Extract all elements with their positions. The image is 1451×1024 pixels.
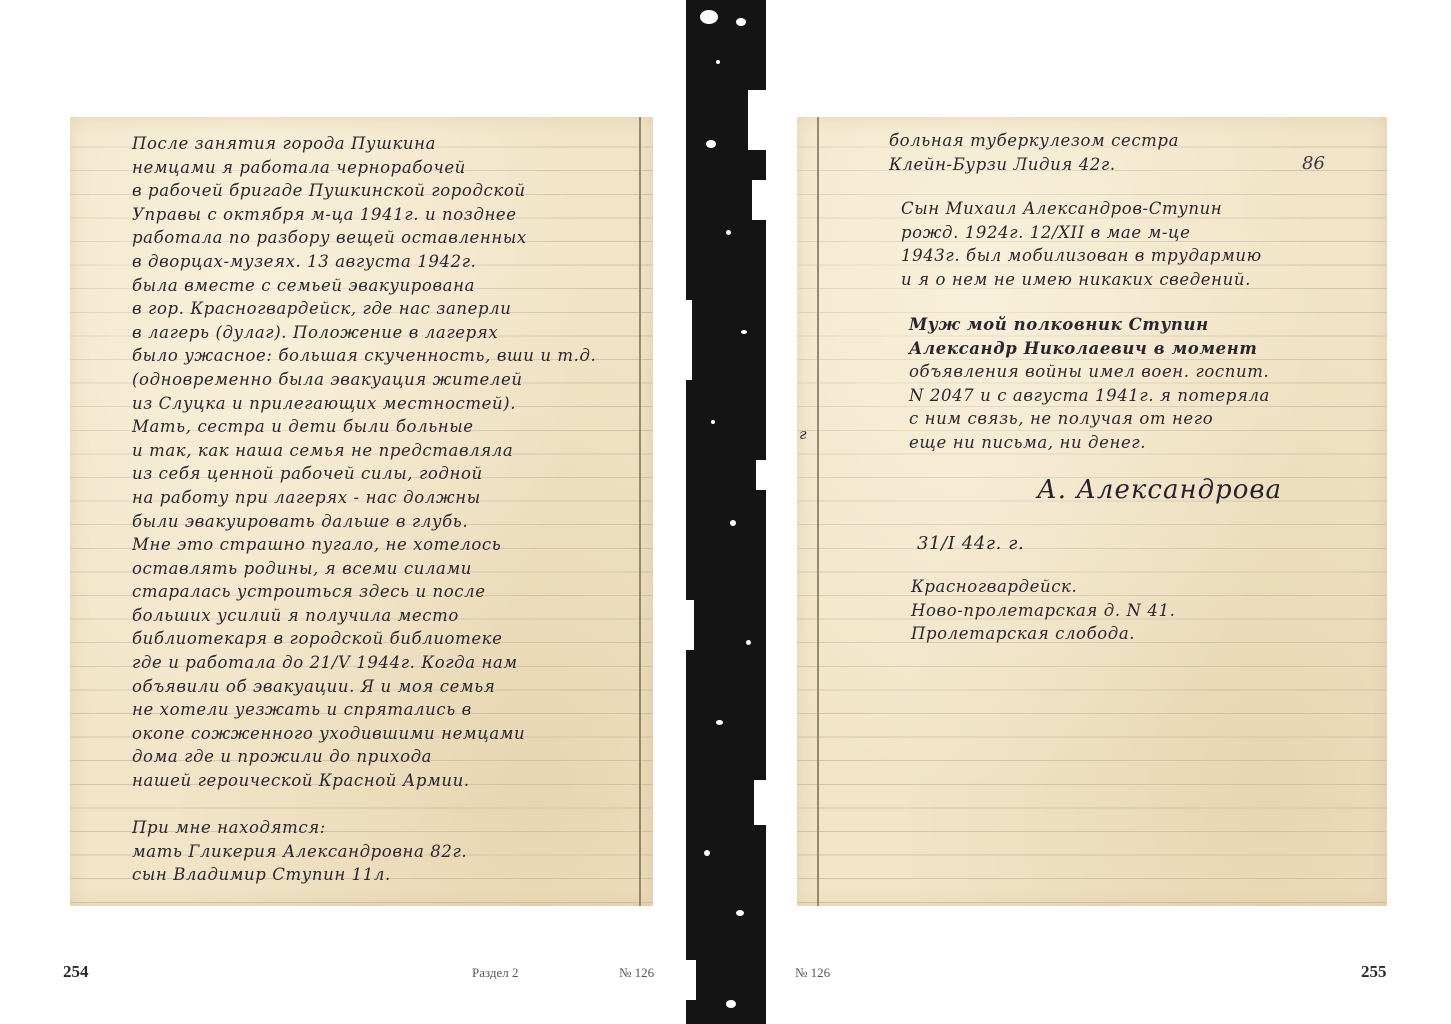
manuscript-line: Мне это страшно пугало, не хотелось <box>132 533 596 557</box>
manuscript-line: оставлять родины, я всеми силами <box>132 557 596 581</box>
document-date: 31/I 44г. г. <box>917 532 1024 556</box>
document-number-left: № 126 <box>619 965 654 981</box>
paragraph-son: Сын Михаил Александров-Ступин рожд. 1924… <box>901 197 1262 291</box>
manuscript-line: 1943г. был мобилизован в трудармию <box>901 244 1262 268</box>
manuscript-line: где и работала до 21/V 1944г. Когда нам <box>132 651 596 675</box>
margin-mark: г <box>799 425 807 443</box>
manuscript-line: объявления войны имел воен. госпит. <box>909 360 1270 384</box>
paragraph-husband: Муж мой полковник Ступин Александр Никол… <box>909 313 1270 455</box>
manuscript-line: окопе сожженного уходившими немцами <box>132 722 596 746</box>
manuscript-line: еще ни письма, ни денег. <box>909 431 1270 455</box>
manuscript-line: сын Владимир Ступин 11л. <box>132 863 596 887</box>
manuscript-line: в рабочей бригаде Пушкинской городской <box>132 179 596 203</box>
manuscript-line: (одновременно была эвакуация жителей <box>132 368 596 392</box>
manuscript-line: было ужасное: большая скученность, вши и… <box>132 344 596 368</box>
author-signature: А. Александрова <box>1037 475 1282 505</box>
manuscript-line: немцами я работала чернорабочей <box>132 156 596 180</box>
author-address: Красногвардейск. Ново-пролетарская д. N … <box>911 575 1175 646</box>
manuscript-line: При мне находятся: <box>132 816 596 840</box>
manuscript-line: После занятия города Пушкина <box>132 132 596 156</box>
manuscript-line: Мать, сестра и дети были больные <box>132 415 596 439</box>
document-number-right: № 126 <box>795 965 830 981</box>
address-line: Пролетарская слобода. <box>911 622 1175 646</box>
page-number-right: 255 <box>1361 962 1387 982</box>
manuscript-line: мать Гликерия Александровна 82г. <box>132 840 596 864</box>
manuscript-line: больших усилий я получила место <box>132 604 596 628</box>
address-line: Красногвардейск. <box>911 575 1175 599</box>
manuscript-line: и я о нем не имею никаких сведений. <box>901 268 1262 292</box>
manuscript-line: Александр Николаевич в момент <box>909 337 1270 361</box>
manuscript-line: были эвакуировать дальше в глубь. <box>132 510 596 534</box>
manuscript-line: рожд. 1924г. 12/XII в мае м-це <box>901 221 1262 245</box>
running-footer-section: Раздел 2 <box>472 965 519 981</box>
manuscript-line: на работу при лагерях - нас должны <box>132 486 596 510</box>
manuscript-line: из Слуцка и прилегающих местностей). <box>132 392 596 416</box>
manuscript-line: из себя ценной рабочей силы, годной <box>132 462 596 486</box>
manuscript-line: объявили об эвакуации. Я и моя семья <box>132 675 596 699</box>
archive-sheet-number: 86 <box>1302 153 1325 174</box>
manuscript-line: и так, как наша семья не представляла <box>132 439 596 463</box>
manuscript-line: Клейн-Бурзи Лидия 42г. <box>889 153 1179 177</box>
manuscript-line: Управы с октября м-ца 1941г. и позднее <box>132 203 596 227</box>
left-manuscript-sheet: После занятия города Пушкина немцами я р… <box>70 117 653 906</box>
right-manuscript-sheet: г 86 больная туберкулезом сестра Клейн-Б… <box>797 117 1387 906</box>
page-number-left: 254 <box>63 962 89 982</box>
paragraph-sister: больная туберкулезом сестра Клейн-Бурзи … <box>889 129 1179 176</box>
manuscript-line: не хотели уезжать и спрятались в <box>132 698 596 722</box>
margin-rule <box>639 117 641 906</box>
manuscript-line: Муж мой полковник Ступин <box>909 313 1270 337</box>
manuscript-line: была вместе с семьей эвакуирована <box>132 274 596 298</box>
grunge-divider-band <box>686 0 766 1024</box>
manuscript-line: дома где и прожили до прихода <box>132 745 596 769</box>
margin-rule <box>817 117 819 906</box>
manuscript-line: в лагерь (дулаг). Положение в лагерях <box>132 321 596 345</box>
manuscript-line: N 2047 и с августа 1941г. я потеряла <box>909 384 1270 408</box>
handwritten-testimony-text: После занятия города Пушкина немцами я р… <box>132 132 596 887</box>
address-line: Ново-пролетарская д. N 41. <box>911 599 1175 623</box>
manuscript-line: Сын Михаил Александров-Ступин <box>901 197 1262 221</box>
manuscript-line: в дворцах-музеях. 13 августа 1942г. <box>132 250 596 274</box>
book-spread: После занятия города Пушкина немцами я р… <box>0 0 1451 1024</box>
manuscript-line: старалась устроиться здесь и после <box>132 580 596 604</box>
manuscript-line: нашей героической Красной Армии. <box>132 769 596 793</box>
manuscript-line: библиотекаря в городской библиотеке <box>132 627 596 651</box>
manuscript-line: с ним связь, не получая от него <box>909 407 1270 431</box>
manuscript-line: работала по разбору вещей оставленных <box>132 226 596 250</box>
manuscript-line: в гор. Красногвардейск, где нас заперли <box>132 297 596 321</box>
manuscript-line: больная туберкулезом сестра <box>889 129 1179 153</box>
manuscript-line <box>132 793 596 817</box>
